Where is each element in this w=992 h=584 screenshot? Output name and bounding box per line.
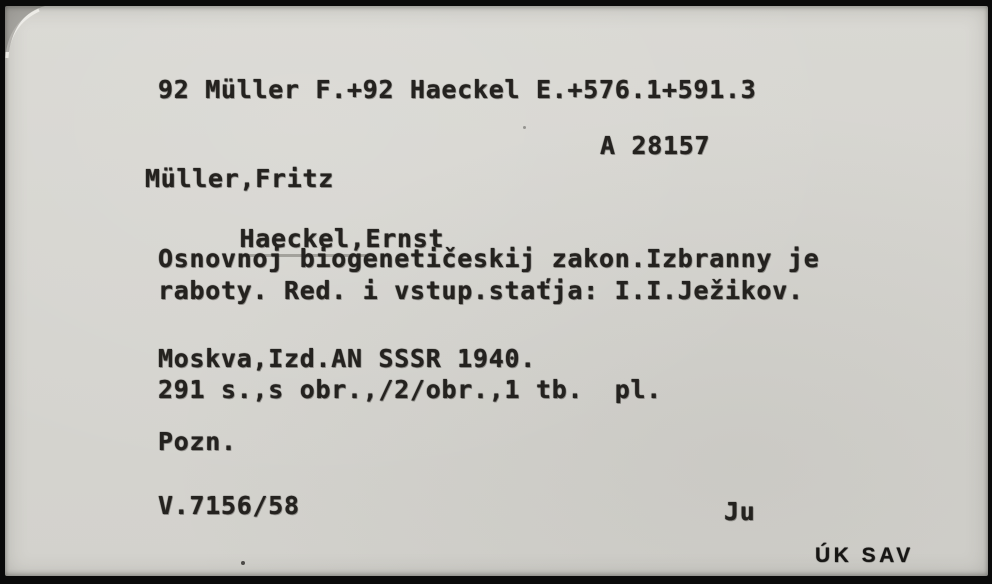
scanned-catalog-card-frame: 92 Müller F.+92 Haeckel E.+576.1+591.3 A… — [0, 0, 992, 584]
torn-paper-corner-mark — [5, 6, 65, 76]
ink-speck — [241, 561, 245, 565]
ink-speck — [523, 126, 526, 129]
library-stamp: ÚK SAV — [815, 544, 914, 568]
call-number: V.7156/58 — [158, 492, 300, 520]
catalog-card-paper: 92 Müller F.+92 Haeckel E.+576.1+591.3 A… — [5, 6, 988, 576]
collation-line: 291 s.,s obr.,/2/obr.,1 tb. pl. — [158, 376, 662, 404]
author-heading-1: Müller,Fritz — [145, 165, 334, 193]
classification-line: 92 Müller F.+92 Haeckel E.+576.1+591.3 — [158, 76, 757, 104]
title-line-2: raboty. Red. i vstup.staťja: I.I.Ježikov… — [158, 277, 804, 305]
cataloguer-mark: Ju — [724, 498, 756, 526]
imprint-line: Moskva,Izd.AN SSSR 1940. — [158, 345, 536, 373]
title-line-1: Osnovnoj biogenetičeskij zakon.Izbranny … — [158, 245, 820, 273]
note-label: Pozn. — [158, 428, 237, 456]
accession-number: A 28157 — [600, 132, 710, 160]
